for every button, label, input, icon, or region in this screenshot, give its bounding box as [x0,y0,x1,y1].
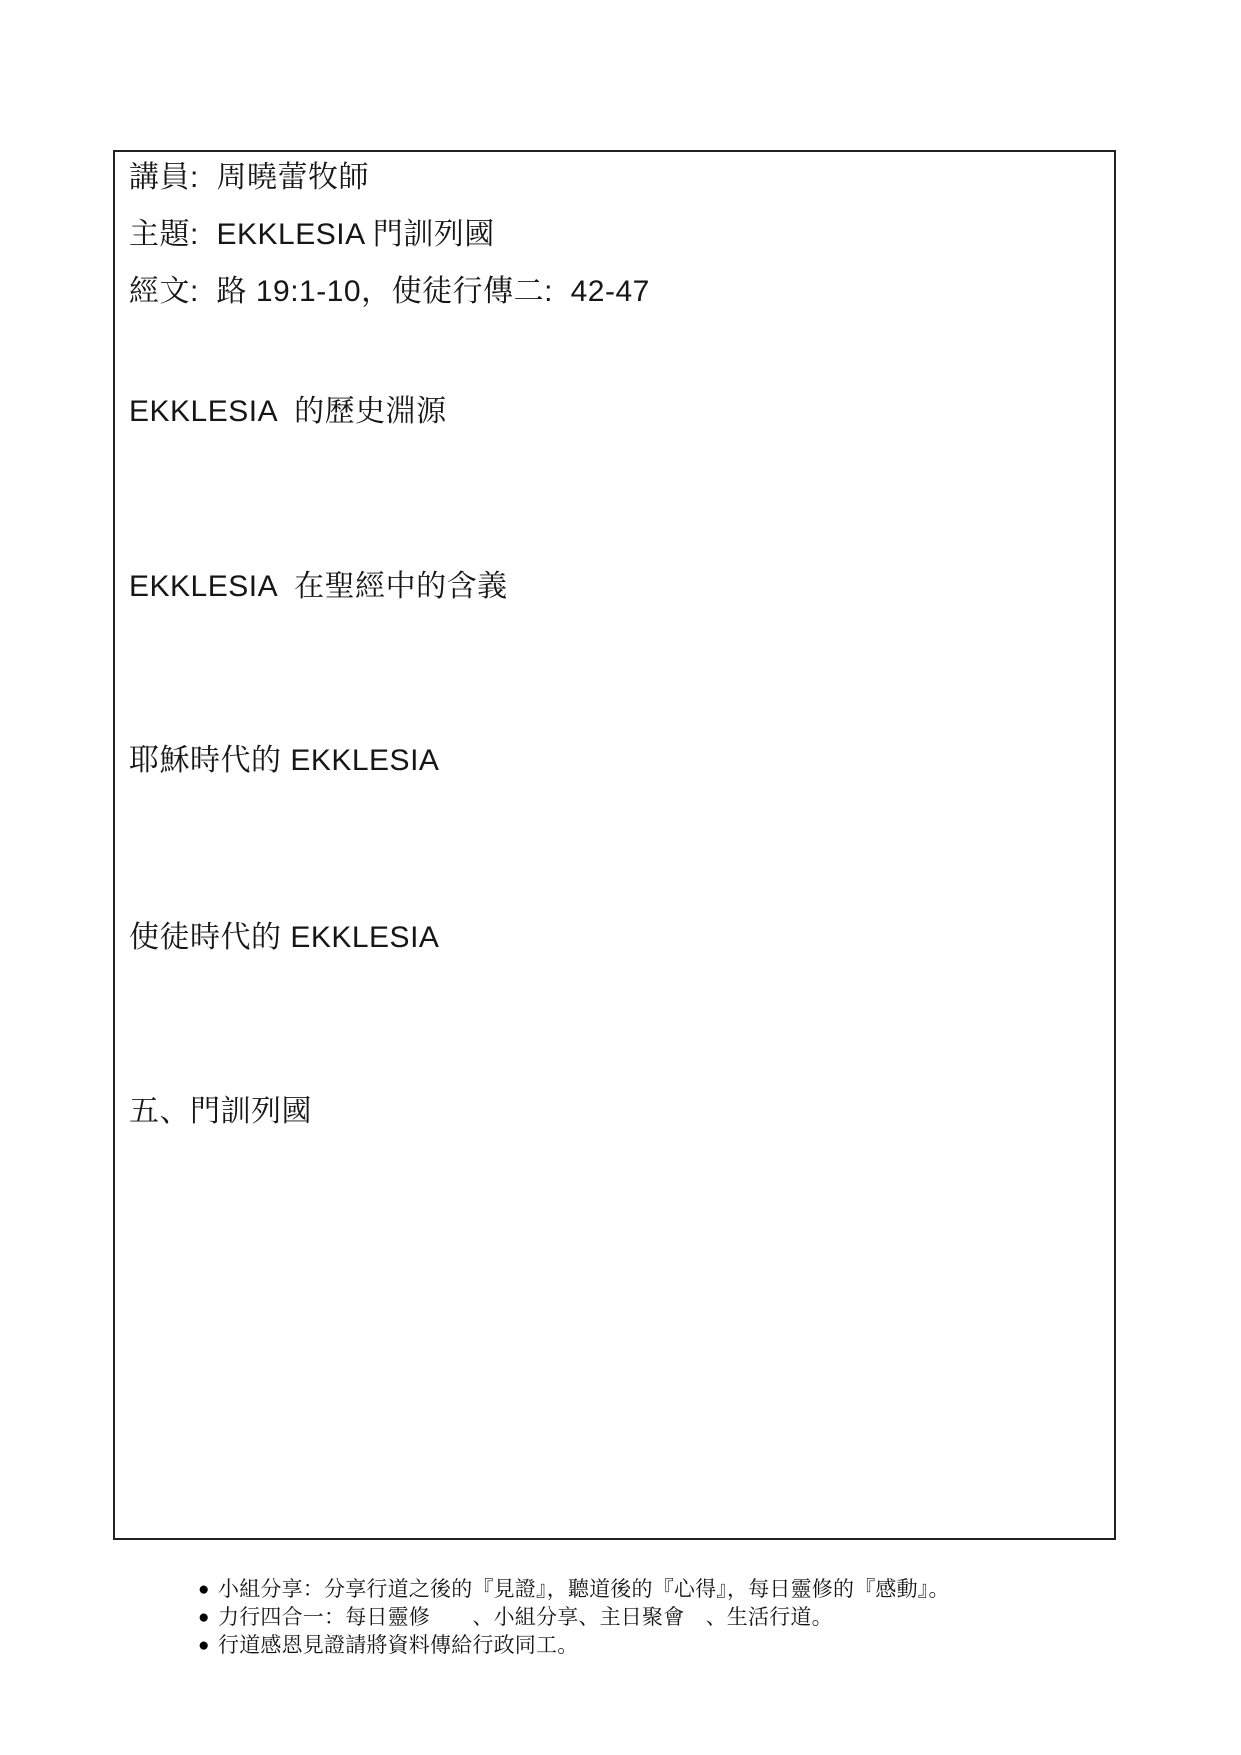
footnote-item: ● 行道感恩見證請將資料傳給行政同工。 [198,1632,1058,1660]
bullet-icon: ● [198,1576,218,1604]
section-title-discipling-nations: 五、門訓列國 [129,1090,1104,1134]
footnotes-list: ● 小組分享：分享行道之後的『見證』，聽道後的『心得』，每日靈修的『感動』。 ●… [198,1576,1058,1660]
document-page: 講員: 周曉蕾牧師 主題: EKKLESIA 門訓列國 經文: 路 19:1-1… [0,0,1241,1755]
footnote-item: ● 力行四合一：每日靈修 、小組分享、主日聚會 、生活行道。 [198,1604,1058,1632]
footnote-text: 行道感恩見證請將資料傳給行政同工。 [218,1632,1058,1660]
footnote-item: ● 小組分享：分享行道之後的『見證』，聽道後的『心得』，每日靈修的『感動』。 [198,1576,1058,1604]
bullet-icon: ● [198,1604,218,1632]
bullet-icon: ● [198,1632,218,1660]
topic-line: 主題: EKKLESIA 門訓列國 [129,213,1104,257]
speaker-line: 講員: 周曉蕾牧師 [129,156,1104,200]
footnote-text: 力行四合一：每日靈修 、小組分享、主日聚會 、生活行道。 [218,1604,1058,1632]
scripture-line: 經文: 路 19:1-10，使徒行傳二: 42-47 [129,270,1104,314]
section-title-apostolic-era: 使徒時代的 EKKLESIA [129,916,1104,960]
section-title-biblical-meaning: EKKLESIA 在聖經中的含義 [129,565,1104,609]
sermon-notes-box: 講員: 周曉蕾牧師 主題: EKKLESIA 門訓列國 經文: 路 19:1-1… [113,150,1116,1540]
section-title-jesus-era: 耶穌時代的 EKKLESIA [129,739,1104,783]
section-title-history: EKKLESIA 的歷史淵源 [129,390,1104,434]
footnote-text: 小組分享：分享行道之後的『見證』，聽道後的『心得』，每日靈修的『感動』。 [218,1576,1058,1604]
